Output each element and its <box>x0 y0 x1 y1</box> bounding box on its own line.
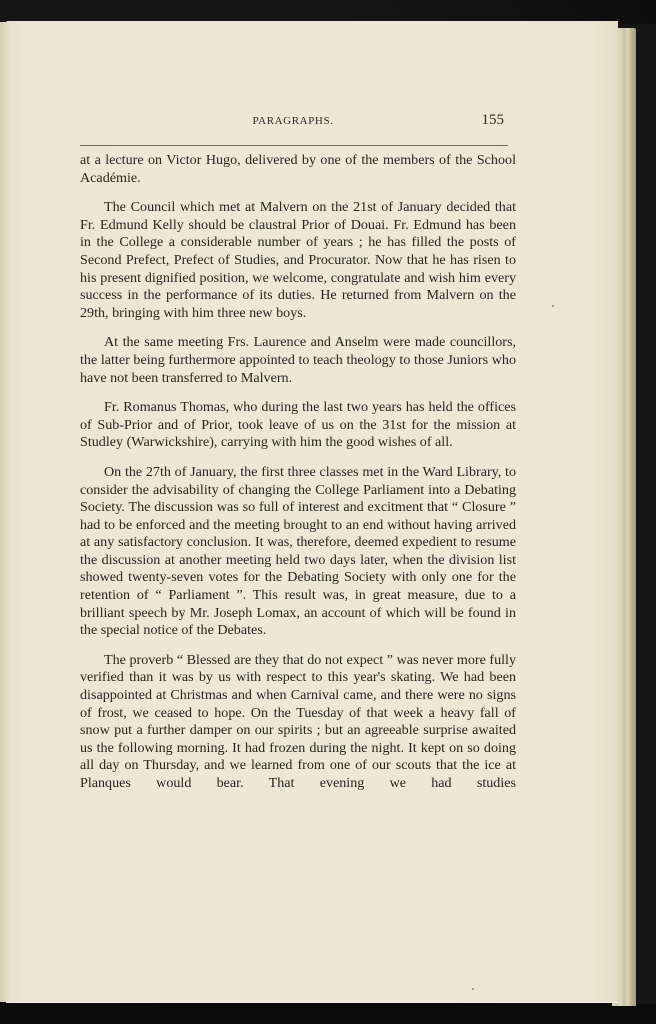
paper-speck <box>472 988 474 990</box>
paragraph-continued: at a lecture on Victor Hugo, delivered b… <box>80 152 516 187</box>
paragraph-councillors: At the same meeting Frs. Laurence and An… <box>80 334 516 387</box>
page-gutter <box>0 22 10 1002</box>
paragraph-council: The Council which met at Malvern on the … <box>80 199 516 322</box>
paper-speck <box>552 305 554 307</box>
page-header: PARAGRAPHS. 155 <box>78 112 508 130</box>
page-number: 155 <box>482 112 505 129</box>
paragraph-romanus-thomas: Fr. Romanus Thomas, who during the last … <box>80 399 516 452</box>
paragraph-skating: The proverb “ Blessed are they that do n… <box>80 652 516 793</box>
running-head: PARAGRAPHS. <box>78 115 508 127</box>
paragraph-debating-society: On the 27th of January, the first three … <box>80 464 516 640</box>
header-rule <box>80 145 508 146</box>
body-text: at a lecture on Victor Hugo, delivered b… <box>80 152 516 805</box>
